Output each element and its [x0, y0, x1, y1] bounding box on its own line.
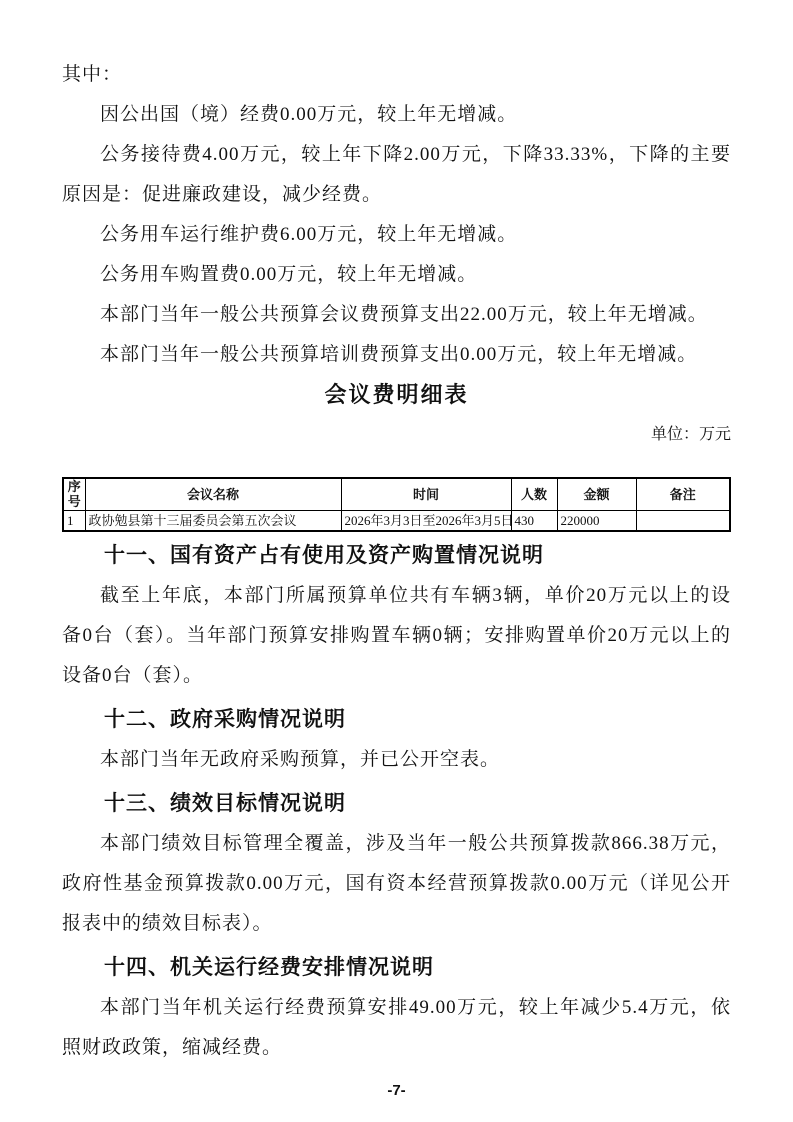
- table-unit-label: 单位：万元: [62, 415, 731, 455]
- table-header-row: 序号 会议名称 时间 人数 金额 备注: [63, 478, 730, 510]
- header-amount: 金额: [557, 478, 636, 510]
- cell-people-count: 430: [511, 510, 557, 531]
- section-state-assets-body: 截至上年底，本部门所属预算单位共有车辆3辆，单价20万元以上的设备0台（套）。当…: [62, 576, 731, 696]
- section-state-assets-heading: 十一、国有资产占有使用及资产购置情况说明: [62, 536, 731, 576]
- cell-time: 2026年3月3日至2026年3月5日: [341, 510, 511, 531]
- section-performance-targets-heading: 十三、绩效目标情况说明: [62, 784, 731, 824]
- document-page: 其中： 因公出国（境）经费0.00万元，较上年无增减。 公务接待费4.00万元，…: [0, 0, 793, 1122]
- intro-paragraph-reception-fee: 公务接待费4.00万元，较上年下降2.00万元，下降33.33%，下降的主要原因…: [62, 135, 731, 215]
- header-meeting-name: 会议名称: [85, 478, 341, 510]
- section-government-procurement-body: 本部门当年无政府采购预算，并已公开空表。: [62, 740, 731, 780]
- intro-paragraph-outbound-funds: 因公出国（境）经费0.00万元，较上年无增减。: [62, 95, 731, 135]
- header-people-count: 人数: [511, 478, 557, 510]
- intro-paragraph-vehicle-maintenance: 公务用车运行维护费6.00万元，较上年无增减。: [62, 215, 731, 255]
- section-performance-targets: 十三、绩效目标情况说明 本部门绩效目标管理全覆盖，涉及当年一般公共预算拨款866…: [62, 784, 731, 944]
- section-state-assets: 十一、国有资产占有使用及资产购置情况说明 截至上年底，本部门所属预算单位共有车辆…: [62, 536, 731, 696]
- section-government-procurement: 十二、政府采购情况说明 本部门当年无政府采购预算，并已公开空表。: [62, 700, 731, 780]
- section-performance-targets-body: 本部门绩效目标管理全覆盖，涉及当年一般公共预算拨款866.38万元，政府性基金预…: [62, 824, 731, 944]
- section-operating-funds: 十四、机关运行经费安排情况说明 本部门当年机关运行经费预算安排49.00万元，较…: [62, 948, 731, 1068]
- header-time: 时间: [341, 478, 511, 510]
- cell-note: [636, 510, 730, 531]
- page-number: -7-: [62, 1076, 731, 1106]
- section-government-procurement-heading: 十二、政府采购情况说明: [62, 700, 731, 740]
- table-row: 1 政协勉县第十三届委员会第五次会议 2026年3月3日至2026年3月5日 4…: [63, 510, 730, 531]
- section-operating-funds-body: 本部门当年机关运行经费预算安排49.00万元，较上年减少5.4万元，依照财政政策…: [62, 988, 731, 1068]
- meeting-expense-table: 序号 会议名称 时间 人数 金额 备注 1 政协勉县第十三届委员会第五次会议 2…: [62, 477, 731, 532]
- intro-paragraph-training-budget: 本部门当年一般公共预算培训费预算支出0.00万元，较上年无增减。: [62, 335, 731, 375]
- intro-lead: 其中：: [62, 55, 731, 95]
- cell-seq: 1: [63, 510, 85, 531]
- intro-paragraph-meeting-budget: 本部门当年一般公共预算会议费预算支出22.00万元，较上年无增减。: [62, 295, 731, 335]
- intro-paragraph-vehicle-purchase: 公务用车购置费0.00万元，较上年无增减。: [62, 255, 731, 295]
- header-seq: 序号: [63, 478, 85, 510]
- cell-meeting-name: 政协勉县第十三届委员会第五次会议: [85, 510, 341, 531]
- cell-amount: 220000: [557, 510, 636, 531]
- meeting-table-title: 会议费明细表: [62, 375, 731, 415]
- header-note: 备注: [636, 478, 730, 510]
- section-operating-funds-heading: 十四、机关运行经费安排情况说明: [62, 948, 731, 988]
